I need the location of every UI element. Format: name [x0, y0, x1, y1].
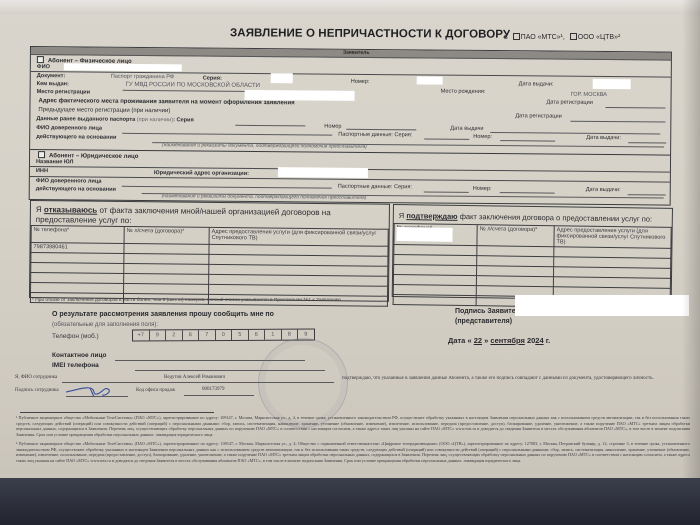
employee-fio-label: Я, ФИО сотрудника [15, 375, 57, 380]
footnote-separator [20, 412, 214, 413]
prev-passport-label: Данные ранее выданного паспорта (при нал… [36, 116, 193, 123]
phone-digit-cell[interactable]: 5 [232, 330, 249, 340]
imei-label: IMEI телефона [52, 362, 99, 369]
legal-proxy-number-label: Номер: [473, 186, 492, 192]
document-title: ЗАЯВЛЕНИЕ О НЕПРИЧАСТНОСТИ К ДОГОВОРУ [230, 27, 510, 40]
date-month[interactable]: сентября [490, 336, 524, 345]
phone-digit-cell[interactable]: 7 [199, 330, 216, 340]
birthplace-label: Место рождения: [441, 89, 486, 95]
acting-basis-label: действующего на основании [36, 134, 116, 141]
previous-registration-date-label: Дата регистрации [515, 113, 561, 119]
issue-date-label: Дата выдачи: [519, 81, 554, 87]
checkbox-ctv[interactable] [570, 33, 577, 40]
legal-acting-basis-label: действующего на основании [36, 186, 116, 193]
fio-label: ФИО [37, 64, 50, 70]
phone-digit-cell[interactable]: +7 [133, 330, 150, 340]
result-subtitle: (обязательные для заполнения поля): [52, 322, 158, 328]
refuse-table: № телефона* № л/счета (договора)* Адрес … [30, 225, 389, 307]
proxy-passport-label: Паспортные данные: Серия: [338, 132, 412, 139]
actual-address-label: Адрес фактического места проживания заяв… [38, 98, 294, 106]
prev-passport-date-label: Дата выдачи [450, 126, 483, 132]
office-code-value: 000173979 [202, 387, 225, 392]
operator-ctv: ООО «ЦТВ»² [578, 34, 621, 41]
applicant-header: Заявитель [343, 50, 370, 56]
issued-by-value[interactable]: ГУ МВД РОССИИ ПО МОСКОВСКОЙ ОБЛАСТИ [126, 82, 260, 89]
legal-name-label: Название ЮЛ [36, 159, 74, 165]
col-account: № л/счета (договора)* [124, 226, 209, 244]
basis-note: (наименование и реквизиты документа, под… [162, 143, 367, 150]
legal-proxy-passport-label: Паспортные данные: Серия: [338, 184, 412, 191]
individual-checkbox[interactable] [37, 56, 44, 63]
operators-prefix: в [504, 34, 508, 41]
signature-redacted [515, 295, 689, 316]
contact-label: Контактное лицо [52, 352, 107, 359]
proxy-date-label: Дата выдачи: [586, 135, 621, 141]
number-redacted [417, 76, 443, 84]
col-address: Адрес предоставления услуги (для фиксиро… [209, 227, 388, 246]
confirm-phone-redacted [396, 227, 452, 242]
legal-address-label: Юридический адрес организации: [154, 170, 249, 177]
phone-digit-cell[interactable]: 0 [215, 330, 232, 340]
col-account: № л/счета (договора)* [477, 225, 554, 247]
legal-basis-note: (наименование и реквизиты документа, под… [162, 194, 367, 201]
signature-label: Подпись Заявите (представителя) [455, 307, 516, 327]
proxy-fio-label: ФИО доверенного лица [36, 125, 102, 132]
proxy-number-label: Номер: [473, 134, 492, 140]
employee-fio-value: Ведутов Алексей Романович [164, 375, 225, 380]
footnote-star: * При отказе от заключения договоров в ч… [32, 298, 342, 303]
footnote-mts: ¹ Публичное акционерное общество «Мобиль… [16, 415, 690, 437]
previous-registration-label: Предыдущее место регистрации (при наличи… [38, 107, 170, 114]
phone-digit-cell[interactable]: 1 [265, 330, 282, 340]
phone-label: Телефон (моб.) [52, 333, 99, 340]
series-label: Серия: [203, 76, 222, 82]
operator-selector: в ПАО «МТС»¹, ООО «ЦТВ»² [504, 33, 620, 41]
legal-proxy-date-label: Дата выдачи: [586, 187, 621, 193]
employee-confirm-text: подтверждаю, что указанные в заявлении д… [342, 376, 692, 381]
employee-signature-label: Подпись сотрудника [15, 388, 59, 393]
legal-address-redacted [278, 167, 368, 178]
confirm-statement: Я подтверждаю факт заключения договора о… [399, 211, 652, 225]
legal-checkbox[interactable] [38, 151, 45, 158]
document-page: ЗАЯВЛЕНИЕ О НЕПРИЧАСТНОСТИ К ДОГОВОРУ в … [0, 0, 700, 490]
result-title: О результате рассмотрения заявления прош… [52, 311, 274, 318]
prev-passport-number-label: Номер [324, 124, 341, 130]
date-line: Дата « 22 » сентября 2024 г. [448, 336, 550, 345]
issue-date-redacted [593, 79, 631, 89]
number-label: Номер: [351, 79, 370, 85]
registration-label: Место регистрации [37, 89, 90, 95]
col-address: Адрес предоставления услуги (для фиксиро… [554, 226, 671, 249]
document-label: Документ: [37, 73, 66, 79]
confirm-section: Я подтверждаю факт заключения договора о… [392, 204, 673, 301]
date-day[interactable]: 22 [474, 336, 482, 345]
inn-label: ИНН [36, 168, 48, 174]
col-phone: № телефона* [31, 226, 124, 244]
phone-digit-cell[interactable]: 6 [248, 330, 265, 340]
refuse-section: Я отказываюсь от факта заключения мной/н… [29, 200, 390, 302]
phone-digit-cell[interactable]: 9 [149, 330, 166, 340]
page-edge [0, 0, 700, 14]
registration-date-label: Дата регистрации [547, 100, 593, 106]
fio-redacted [64, 63, 182, 71]
desk-background [0, 478, 700, 525]
issued-by-label: Кем выдан: [37, 81, 69, 87]
operator-mts: ПАО «МТС»¹ [521, 34, 563, 41]
checkbox-mts[interactable] [513, 33, 520, 40]
series-redacted [271, 73, 293, 83]
phone-digit-cell[interactable]: 6 [182, 330, 199, 340]
phone-digit-cell[interactable]: 2 [166, 330, 183, 340]
page-shadow-right [682, 0, 700, 490]
footnote-ctv: ² Публичное акционерное общество «Мобиль… [16, 441, 690, 463]
date-year[interactable]: 24 [535, 336, 543, 345]
applicant-frame: Заявитель Абонент – Физическое лицо ФИО … [29, 46, 672, 206]
birthplace-value[interactable]: ГОР. МОСКВА [571, 92, 607, 98]
legal-proxy-fio-label: ФИО доверенного лица [36, 178, 102, 185]
office-code-label: Код офиса продаж [136, 388, 175, 393]
document-value[interactable]: Паспорт гражданина РФ [111, 74, 175, 81]
table-cell[interactable] [393, 295, 476, 306]
